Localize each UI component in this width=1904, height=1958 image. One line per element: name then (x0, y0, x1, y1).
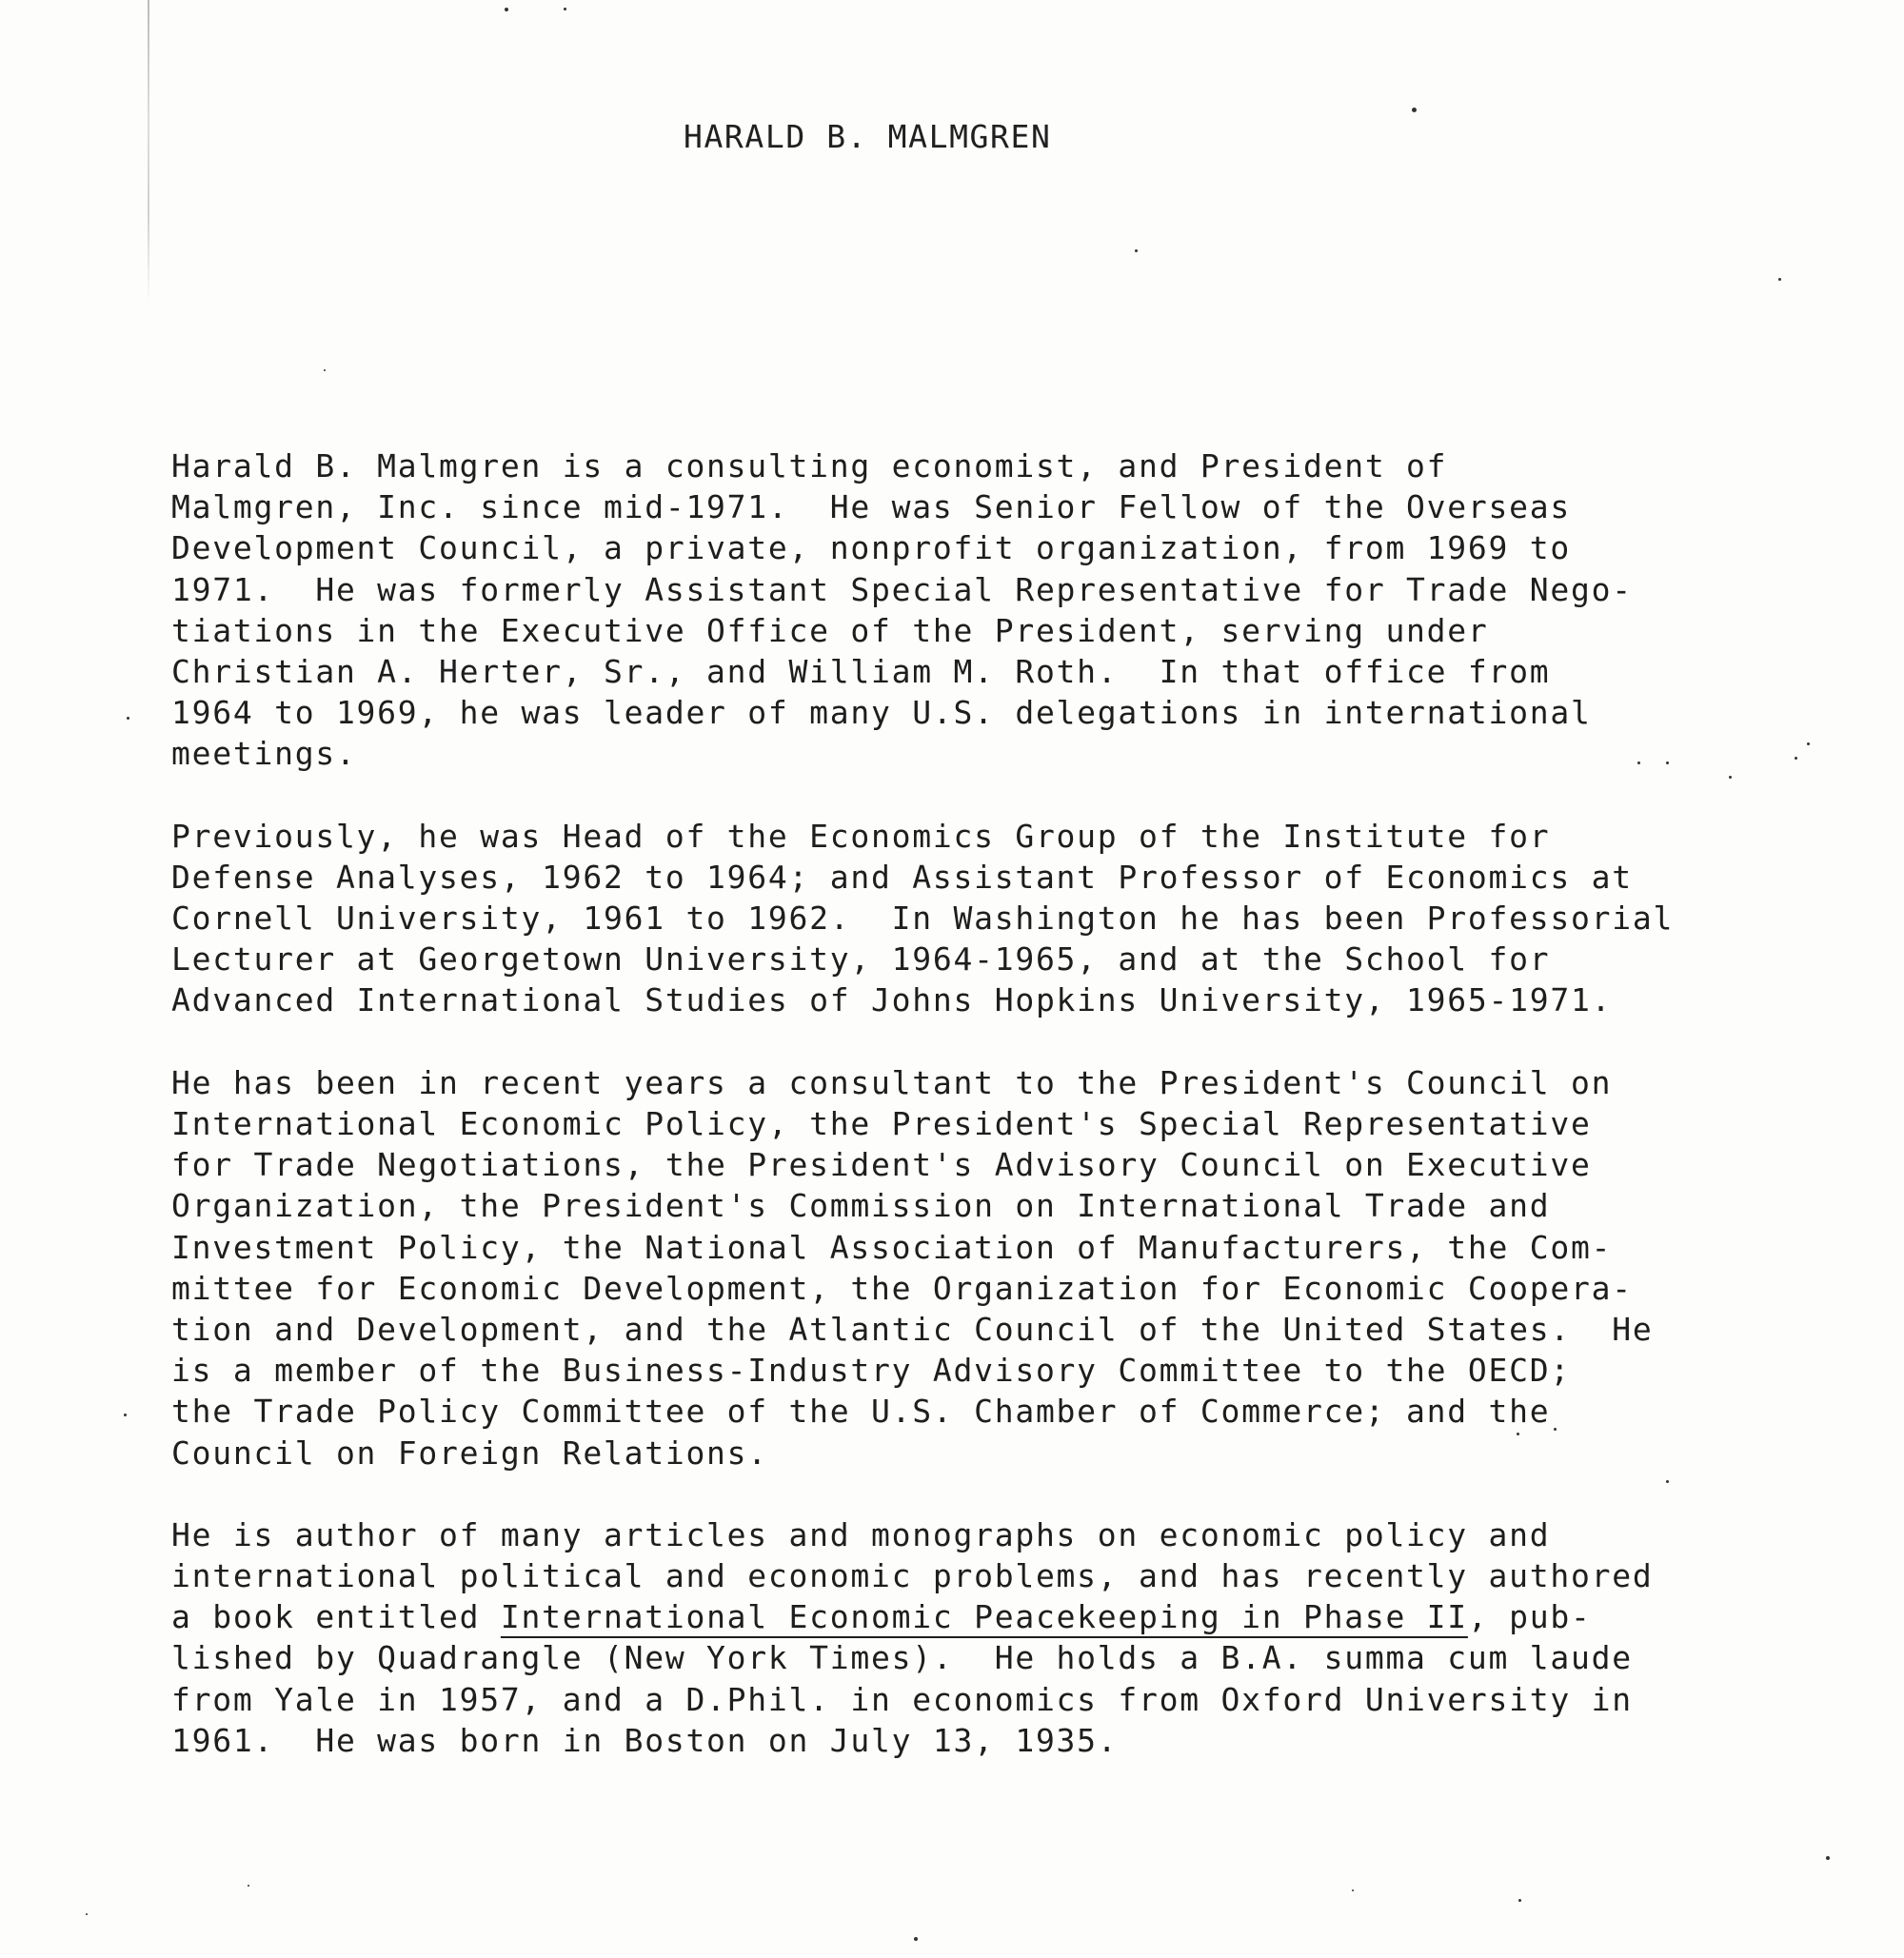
scan-speck (1729, 776, 1732, 779)
text-line: He has been in recent years a consultant… (171, 1062, 1674, 1103)
text-line: the Trade Policy Committee of the U.S. C… (171, 1391, 1674, 1432)
text-line: 1971. He was formerly Assistant Special … (171, 569, 1674, 610)
text-line: is a member of the Business-Industry Adv… (171, 1350, 1674, 1391)
text-line: Organization, the President's Commission… (171, 1185, 1674, 1226)
scan-artifact-line (148, 0, 149, 305)
scan-speck (1517, 1433, 1519, 1435)
paragraph-3: He has been in recent years a consultant… (171, 1062, 1674, 1473)
document-page: HARALD B. MALMGREN Harald B. Malmgren is… (0, 0, 1904, 1958)
text-line: Development Council, a private, nonprofi… (171, 527, 1674, 568)
text-line: from Yale in 1957, and a D.Phil. in econ… (171, 1679, 1674, 1720)
text-line: international political and economic pro… (171, 1555, 1674, 1596)
text-line: lished by Quadrangle (New York Times). H… (171, 1637, 1674, 1678)
document-title: HARALD B. MALMGREN (684, 118, 1051, 156)
scan-speck (1666, 761, 1669, 764)
text-line: tion and Development, and the Atlantic C… (171, 1309, 1674, 1350)
scan-speck (1795, 757, 1797, 760)
scan-speck (1807, 742, 1810, 745)
text-line: Advanced International Studies of Johns … (171, 979, 1674, 1020)
text-line: tiations in the Executive Office of the … (171, 610, 1674, 651)
book-title-underlined: International Economic Peacekeeping in P… (501, 1598, 1468, 1635)
text-line: Christian A. Herter, Sr., and William M.… (171, 651, 1674, 692)
text-line: 1964 to 1969, he was leader of many U.S.… (171, 692, 1674, 733)
text-line: mittee for Economic Development, the Org… (171, 1268, 1674, 1309)
text-line: meetings. (171, 733, 1674, 774)
scan-speck (1637, 761, 1640, 764)
text-line: for Trade Negotiations, the President's … (171, 1144, 1674, 1185)
scan-speck (914, 1937, 918, 1941)
scan-speck (564, 8, 566, 10)
text-line: International Economic Policy, the Presi… (171, 1103, 1674, 1144)
text-line: Malmgren, Inc. since mid-1971. He was Se… (171, 486, 1674, 527)
scan-speck (124, 1414, 127, 1416)
scan-speck (1778, 278, 1781, 281)
paragraph-4: He is author of many articles and monogr… (171, 1514, 1674, 1761)
text-line: Lecturer at Georgetown University, 1964-… (171, 939, 1674, 979)
text-line: He is author of many articles and monogr… (171, 1514, 1674, 1555)
scan-speck (127, 717, 129, 720)
scan-speck (248, 1885, 249, 1887)
text-line: 1961. He was born in Boston on July 13, … (171, 1720, 1674, 1761)
text-line: Defense Analyses, 1962 to 1964; and Assi… (171, 857, 1674, 898)
paragraph-1: Harald B. Malmgren is a consulting econo… (171, 445, 1674, 775)
document-body: Harald B. Malmgren is a consulting econo… (171, 445, 1674, 1802)
scan-speck (505, 8, 508, 11)
scan-speck (1352, 1889, 1354, 1891)
scan-speck (324, 369, 326, 371)
scan-speck (1412, 108, 1417, 112)
text-line: Council on Foreign Relations. (171, 1433, 1674, 1473)
text-line: a book entitled International Economic P… (171, 1596, 1674, 1637)
text-line: Cornell University, 1961 to 1962. In Was… (171, 898, 1674, 939)
paragraph-2: Previously, he was Head of the Economics… (171, 816, 1674, 1021)
scan-speck (1135, 249, 1138, 252)
scan-speck (86, 1913, 88, 1915)
text-line: Previously, he was Head of the Economics… (171, 816, 1674, 857)
text-line: Investment Policy, the National Associat… (171, 1227, 1674, 1268)
scan-speck (1666, 1480, 1669, 1483)
scan-speck (1554, 1428, 1557, 1431)
scan-speck (1518, 1899, 1521, 1902)
scan-speck (1826, 1856, 1830, 1860)
text-line: Harald B. Malmgren is a consulting econo… (171, 445, 1674, 486)
